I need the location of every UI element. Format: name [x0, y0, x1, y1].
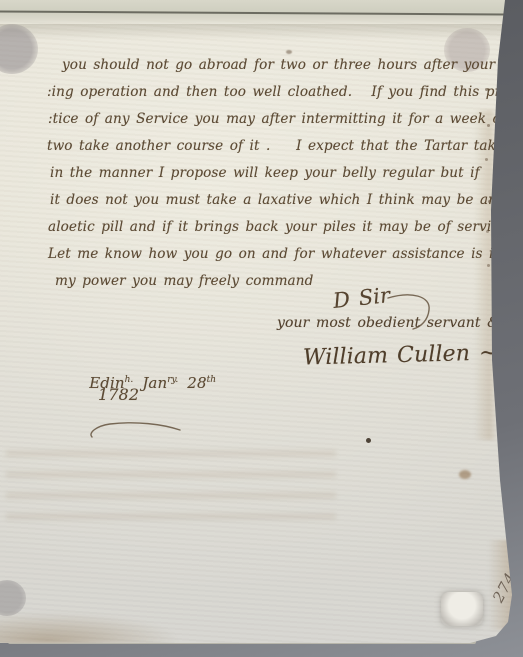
closing-valediction: your most obedient servant &	[277, 315, 500, 331]
ink-spot	[366, 438, 371, 443]
body-line: in the manner I propose will keep your b…	[50, 165, 480, 192]
photograph-backdrop: you should not go abroad for two or thre…	[0, 0, 523, 657]
dateline-year: 1782	[98, 385, 139, 404]
dateline-month: Janry.	[142, 374, 178, 392]
edge-browning-bottom	[0, 612, 180, 644]
fold-shadow	[0, 24, 506, 40]
dateline-day: 28th	[187, 374, 216, 392]
body-line: two take another course of it . I expect…	[47, 138, 513, 165]
body-line: it does not you must take a laxative whi…	[50, 192, 497, 219]
body-line: you should not go abroad for two or thre…	[62, 57, 523, 84]
small-ink-mark	[286, 50, 292, 54]
body-line: aloetic pill and if it brings back your …	[48, 219, 512, 246]
signature: William Cullen ~	[303, 340, 498, 370]
body-line: :ing operation and then too well cloathe…	[47, 84, 522, 111]
dateline-flourish	[88, 418, 184, 442]
body-line: :tice of any Service you may after inter…	[48, 111, 507, 138]
brown-stain-spot	[459, 470, 471, 479]
adhesive-patch-bottom-right	[441, 592, 483, 626]
body-line: Let me know how you go on and for whatev…	[48, 246, 502, 273]
ink-show-through	[6, 450, 336, 534]
letter-page: you should not go abroad for two or thre…	[0, 0, 516, 643]
body-line: my power you may freely command	[55, 273, 313, 300]
